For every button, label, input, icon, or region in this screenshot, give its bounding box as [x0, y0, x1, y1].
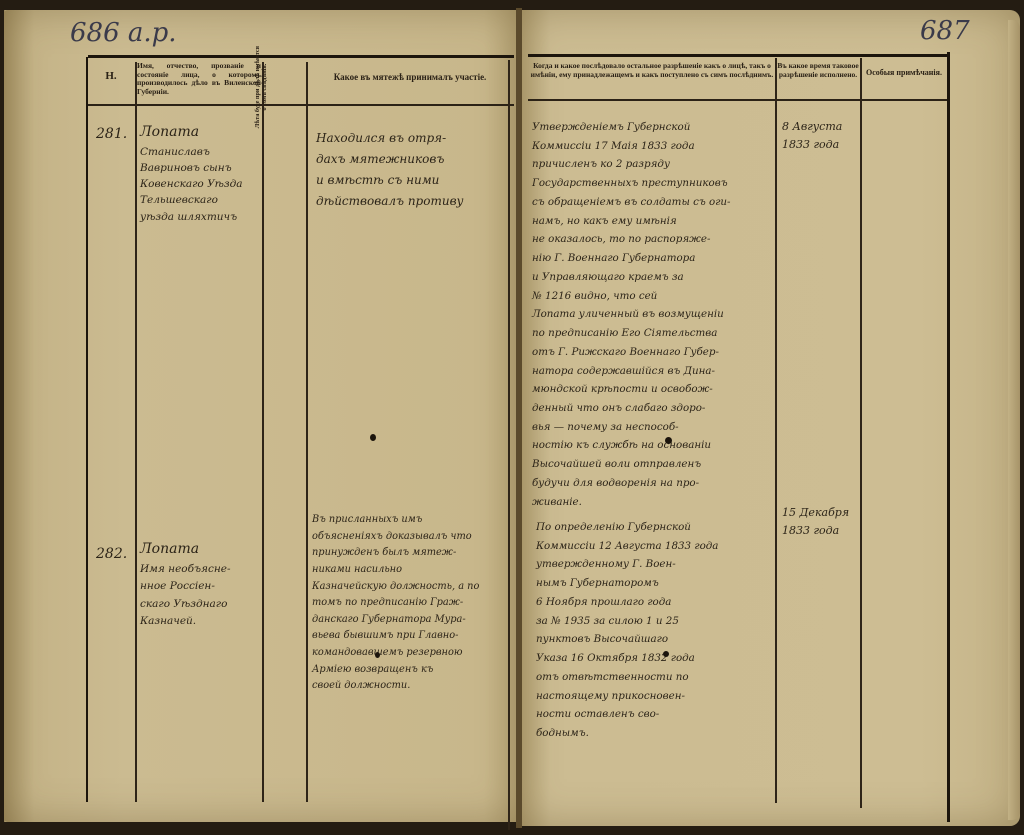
col-divider — [262, 62, 264, 802]
header-executed: Въ какое время таковое разрѣшеніе исполн… — [777, 62, 859, 79]
entry-number: 282. — [96, 545, 127, 564]
header-number: Н. — [92, 70, 130, 83]
entry-name: Лопата Имя необъясне- нное Россіен- скаг… — [140, 538, 262, 630]
left-page-number: 686 а.р. — [70, 18, 177, 48]
entry-resolution: По определенію Губернской Коммиссіи 12 А… — [536, 518, 776, 743]
col-divider — [135, 62, 137, 802]
entry-executed: 15 Декабря 1833 года — [782, 504, 860, 539]
entry-number: 281. — [96, 125, 127, 144]
left-header-top-rule — [88, 55, 514, 58]
col-divider — [860, 58, 862, 808]
right-header-bottom-rule — [528, 99, 948, 101]
right-header-top-rule — [528, 54, 948, 57]
ink-spot — [663, 651, 669, 657]
header-participation: Какое въ мятежѣ принималъ участіе. — [312, 72, 508, 82]
ink-spot — [375, 652, 380, 658]
entry-participation: Въ присланныхъ имъ объясненіяхъ доказыва… — [312, 512, 508, 695]
right-page-number: 687 — [920, 16, 970, 46]
book-spine — [516, 8, 522, 828]
left-outer-border — [86, 57, 88, 802]
right-outer-border — [947, 52, 950, 822]
right-page-edge — [1008, 20, 1020, 820]
header-remarks: Особыя примѣчанія. — [862, 68, 946, 77]
ink-spot — [370, 434, 376, 441]
ink-spot — [665, 437, 672, 444]
entry-executed: 8 Августа 1833 года — [782, 118, 860, 153]
header-age: Лѣта буде при дѣлѣ имѣются о томъ свѣдѣн… — [254, 44, 268, 130]
header-resolution: Когда и какое послѣдовало остальное разр… — [530, 62, 774, 79]
col-divider — [306, 62, 308, 802]
left-header-bottom-rule — [88, 104, 514, 106]
header-name: Имя, отчество, прозваніе и состояніе лиц… — [137, 62, 261, 97]
entry-resolution: Утвержденіемъ Губернской Коммиссіи 17 Ма… — [532, 118, 774, 511]
col-divider — [508, 60, 510, 830]
entry-name: Лопата Станиславъ Вавриновъ сынъ Ковенск… — [140, 122, 262, 225]
entry-participation: Находился въ отря- дахъ мятежниковъ и вм… — [316, 128, 506, 212]
